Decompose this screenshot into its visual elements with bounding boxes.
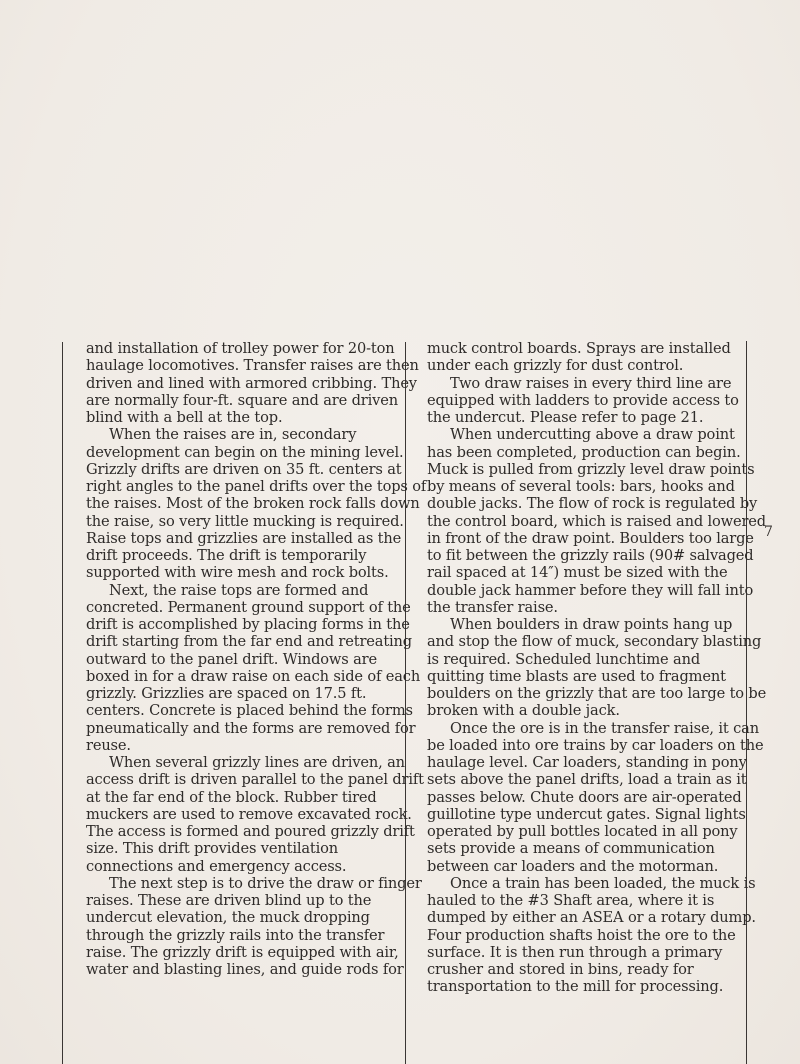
text-line: driven and lined with armored cribbing. … <box>86 375 386 392</box>
text-line: sets provide a means of communication <box>427 840 732 857</box>
text-line: the undercut. Please refer to page 21. <box>427 409 732 426</box>
text-line: When the raises are in, secondary <box>86 426 386 443</box>
text-line: the raises. Most of the broken rock fall… <box>86 495 386 512</box>
text-line: double jack hammer before they will fall… <box>427 582 732 599</box>
text-line: and installation of trolley power for 20… <box>86 340 386 357</box>
text-line: the control board, which is raised and l… <box>427 513 732 530</box>
text-line: drift is accomplished by placing forms i… <box>86 616 386 633</box>
text-line: haulage locomotives. Transfer raises are… <box>86 357 386 374</box>
text-line: double jacks. The flow of rock is regula… <box>427 495 732 512</box>
text-line: drift starting from the far end and retr… <box>86 633 386 650</box>
text-line: between car loaders and the motorman. <box>427 858 732 875</box>
text-line: surface. It is then run through a primar… <box>427 944 732 961</box>
page-number: 7 <box>764 524 773 540</box>
text-line: When undercutting above a draw point <box>427 426 732 443</box>
text-line: transportation to the mill for processin… <box>427 978 732 995</box>
left-text-column: and installation of trolley power for 20… <box>86 340 386 978</box>
document-page: and installation of trolley power for 20… <box>0 0 800 1064</box>
text-line: grizzly. Grizzlies are spaced on 17.5 ft… <box>86 685 386 702</box>
text-line: Once the ore is in the transfer raise, i… <box>427 720 732 737</box>
left-column-rule <box>62 342 63 1064</box>
text-line: undercut elevation, the muck dropping <box>86 909 386 926</box>
text-line: muckers are used to remove excavated roc… <box>86 806 386 823</box>
text-line: right angles to the panel drifts over th… <box>86 478 386 495</box>
text-line: the raise, so very little mucking is req… <box>86 513 386 530</box>
text-line: at the far end of the block. Rubber tire… <box>86 789 386 806</box>
text-line: Grizzly drifts are driven on 35 ft. cent… <box>86 461 386 478</box>
text-line: quitting time blasts are used to fragmen… <box>427 668 732 685</box>
text-line: supported with wire mesh and rock bolts. <box>86 564 386 581</box>
text-line: in front of the draw point. Boulders too… <box>427 530 732 547</box>
text-line: the transfer raise. <box>427 599 732 616</box>
text-line: operated by pull bottles located in all … <box>427 823 732 840</box>
text-line: When boulders in draw points hang up <box>427 616 732 633</box>
text-line: equipped with ladders to provide access … <box>427 392 732 409</box>
text-line: Once a train has been loaded, the muck i… <box>427 875 732 892</box>
text-line: raises. These are driven blind up to the <box>86 892 386 909</box>
text-line: has been completed, production can begin… <box>427 444 732 461</box>
text-line: are normally four-ft. square and are dri… <box>86 392 386 409</box>
text-line: boxed in for a draw raise on each side o… <box>86 668 386 685</box>
text-line: Two draw raises in every third line are <box>427 375 732 392</box>
text-line: broken with a double jack. <box>427 702 732 719</box>
text-line: to fit between the grizzly rails (90# sa… <box>427 547 732 564</box>
text-line: The access is formed and poured grizzly … <box>86 823 386 840</box>
text-line: is required. Scheduled lunchtime and <box>427 651 732 668</box>
text-line: rail spaced at 14″) must be sized with t… <box>427 564 732 581</box>
text-line: under each grizzly for dust control. <box>427 357 732 374</box>
text-line: outward to the panel drift. Windows are <box>86 651 386 668</box>
text-line: by means of several tools: bars, hooks a… <box>427 478 732 495</box>
text-line: boulders on the grizzly that are too lar… <box>427 685 732 702</box>
text-line: centers. Concrete is placed behind the f… <box>86 702 386 719</box>
text-line: through the grizzly rails into the trans… <box>86 927 386 944</box>
right-column-rule <box>746 341 747 1064</box>
text-line: Raise tops and grizzlies are installed a… <box>86 530 386 547</box>
text-line: hauled to the #3 Shaft area, where it is <box>427 892 732 909</box>
text-line: water and blasting lines, and guide rods… <box>86 961 386 978</box>
text-line: concreted. Permanent ground support of t… <box>86 599 386 616</box>
text-line: passes below. Chute doors are air-operat… <box>427 789 732 806</box>
text-line: development can begin on the mining leve… <box>86 444 386 461</box>
text-line: raise. The grizzly drift is equipped wit… <box>86 944 386 961</box>
text-line: connections and emergency access. <box>86 858 386 875</box>
text-line: reuse. <box>86 737 386 754</box>
text-line: sets above the panel drifts, load a trai… <box>427 771 732 788</box>
text-line: guillotine type undercut gates. Signal l… <box>427 806 732 823</box>
text-line: haulage level. Car loaders, standing in … <box>427 754 732 771</box>
text-line: and stop the flow of muck, secondary bla… <box>427 633 732 650</box>
text-line: crusher and stored in bins, ready for <box>427 961 732 978</box>
text-line: pneumatically and the forms are removed … <box>86 720 386 737</box>
text-line: blind with a bell at the top. <box>86 409 386 426</box>
text-line: dumped by either an ASEA or a rotary dum… <box>427 909 732 926</box>
text-line: size. This drift provides ventilation <box>86 840 386 857</box>
text-line: drift proceeds. The drift is temporarily <box>86 547 386 564</box>
text-line: Four production shafts hoist the ore to … <box>427 927 732 944</box>
text-line: When several grizzly lines are driven, a… <box>86 754 386 771</box>
text-line: Next, the raise tops are formed and <box>86 582 386 599</box>
text-line: be loaded into ore trains by car loaders… <box>427 737 732 754</box>
text-line: access drift is driven parallel to the p… <box>86 771 386 788</box>
text-line: Muck is pulled from grizzly level draw p… <box>427 461 732 478</box>
right-text-column: muck control boards. Sprays are installe… <box>427 340 732 996</box>
text-line: muck control boards. Sprays are installe… <box>427 340 732 357</box>
text-line: The next step is to drive the draw or fi… <box>86 875 386 892</box>
